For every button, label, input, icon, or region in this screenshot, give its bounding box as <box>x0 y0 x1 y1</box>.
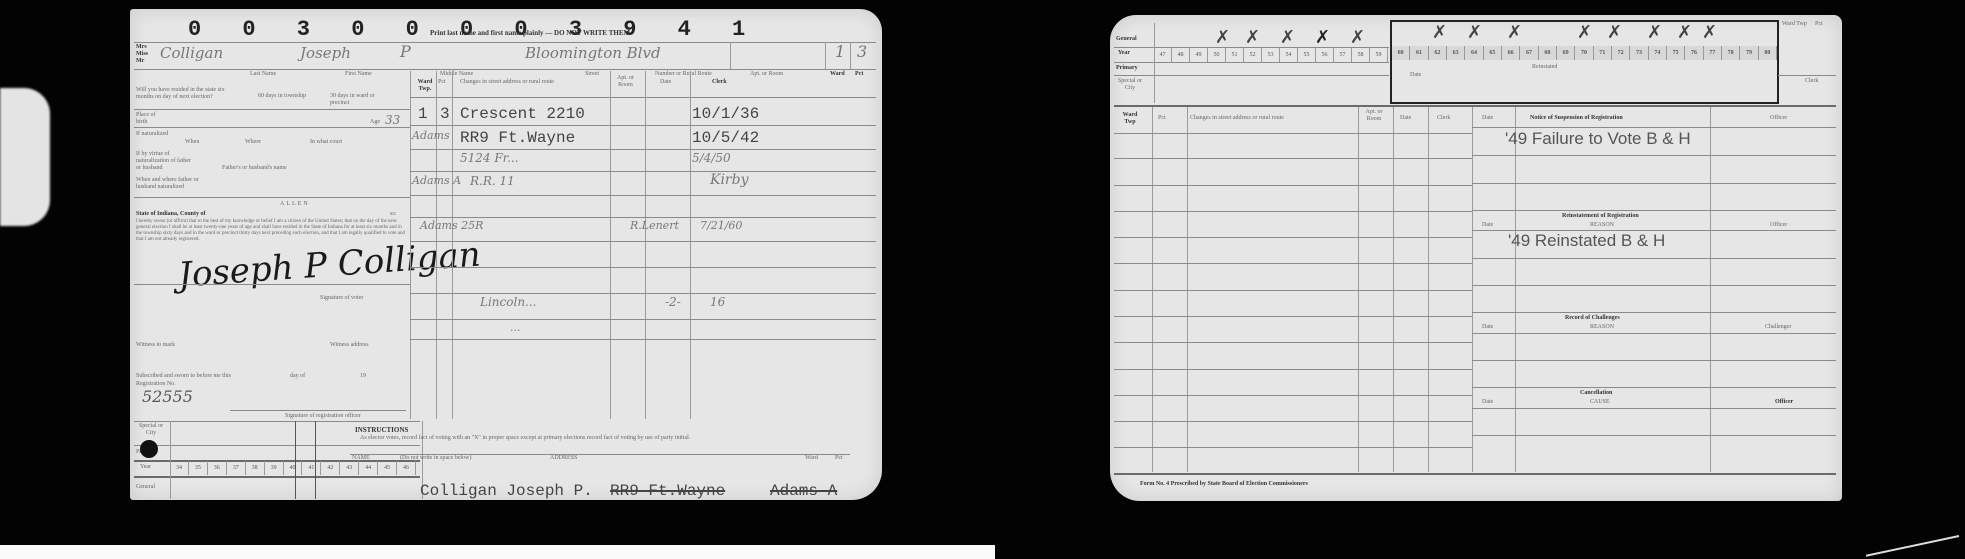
witness-to-mark-label: Witness to mark <box>136 342 175 349</box>
typed-address: RR9 Ft.Wayne <box>610 482 725 500</box>
back-changes-header-clerk: Clerk <box>1437 115 1450 122</box>
reinstatement-entry: '49 Reinstated B & H <box>1508 231 1665 251</box>
changes-header-address: Changes in street address or rural route <box>460 79 554 86</box>
year-row-back-left: 47484950515253545556575859 <box>1154 48 1388 62</box>
vote-x-mark: ✗ <box>1507 22 1522 43</box>
boxed-vote-grid: 6061626364656667686970717273747576777879… <box>1390 20 1779 104</box>
label-apt: Apt. or Room <box>750 71 783 78</box>
row-label-year: Year <box>140 464 151 471</box>
vote-x-mark: ✗ <box>1577 22 1592 43</box>
registration-officer-label: Signature of registration officer <box>285 413 361 420</box>
label-first-name: First Name <box>345 71 372 78</box>
back-row-year: Year <box>1118 50 1130 57</box>
change-row-1-pct: 3 <box>440 105 450 123</box>
typed-name: Colligan Joseph P. <box>420 482 593 500</box>
oath-text: I hereby swear (or affirm) that to the b… <box>136 219 406 243</box>
cancellation-title: Cancellation <box>1580 390 1612 397</box>
suspension-date-label: Date <box>1482 115 1493 122</box>
back-changes-header-apt: Apt. or Room <box>1360 109 1388 123</box>
suspension-entry: '49 Failure to Vote B & H <box>1505 129 1691 149</box>
back-ward-twp-label: Ward Twp <box>1782 21 1807 28</box>
residence-question: Will you have resided in the state six m… <box>136 87 236 101</box>
change-row-9-date: -2- <box>665 295 681 309</box>
suspension-title: Notice of Suspension of Registration <box>1530 115 1623 122</box>
vote-x-mark: ✗ <box>1607 22 1622 43</box>
reinstatement-title: Reinstatement of Registration <box>1562 213 1639 220</box>
back-row-general: General <box>1116 36 1137 43</box>
ward-value: 1 <box>835 42 845 61</box>
label-number: Number or Rural Route <box>655 71 712 78</box>
vote-x-mark: ✗ <box>1215 27 1230 48</box>
salutation-mrs: Mrs <box>136 44 147 51</box>
reinstatement-date-label: Date <box>1482 222 1493 229</box>
form-footer: Form No. 4 Prescribed by State Board of … <box>1140 481 1308 488</box>
change-row-2-address: RR9 Ft.Wayne <box>460 129 575 147</box>
vote-x-mark: ✗ <box>1702 22 1717 43</box>
vote-x-mark: ✗ <box>1647 22 1662 43</box>
change-row-10-address: ... <box>510 321 521 334</box>
change-row-6-date: R.Lenert <box>630 219 679 232</box>
change-row-9-address: Lincoln... <box>480 295 537 309</box>
label-middle-name: Middle Name <box>440 71 473 78</box>
footer-pct-label: Pct <box>835 455 843 462</box>
change-row-4-clerk: Kirby <box>710 172 749 188</box>
change-row-6-clerk: 7/21/60 <box>700 219 742 232</box>
age-label: Age <box>370 119 380 126</box>
cancellation-officer-label: Officer <box>1775 399 1793 406</box>
label-court: In what court <box>310 139 342 146</box>
year-prefix: 19 <box>360 373 366 380</box>
scanner-artifact-blob <box>0 88 50 226</box>
label-ward: Ward <box>830 71 845 78</box>
witness-address-label: Witness address <box>330 342 369 349</box>
reinstatement-officer-label: Officer <box>1770 222 1787 229</box>
label-street: Street <box>585 71 599 78</box>
label-when: When <box>185 139 199 146</box>
challenges-challenger-label: Challenger <box>1765 324 1791 331</box>
change-row-1-date: 10/1/36 <box>692 105 759 123</box>
county-stamp: ALLEN <box>280 201 310 208</box>
when-where-father-label: When and where father or husband natural… <box>136 177 206 191</box>
back-changes-header-address: Changes in street address or rural route <box>1190 115 1284 122</box>
row-label-general: General <box>136 484 155 491</box>
footer-name-label: NAME <box>352 455 370 462</box>
changes-header-apt: Apt. or Room <box>613 75 638 89</box>
change-row-6-address: Adams 25R <box>420 219 483 232</box>
back-pct-label: Pct <box>1815 21 1823 28</box>
scan-edge-strip <box>0 545 995 559</box>
footer-address-label: ADDRESS <box>550 455 577 462</box>
changes-header-date: Date <box>660 79 671 86</box>
challenges-title: Record of Challenges <box>1565 315 1620 322</box>
days-township-label: 60 days in township <box>258 93 308 100</box>
cancellation-cause-label: CAUSE <box>1590 399 1610 406</box>
instructions-title: INSTRUCTIONS <box>355 427 408 434</box>
changes-header-clerk: Clerk <box>712 79 727 86</box>
day-of-label: day of <box>290 373 305 380</box>
challenges-reason-label: REASON <box>1590 324 1614 331</box>
vote-x-mark: ✗ <box>1677 22 1692 43</box>
change-row-3-address: 5124 Fr... <box>460 151 519 165</box>
label-where: Where <box>245 139 261 146</box>
father-husband-label: If by virtue of naturalization of father… <box>136 151 196 172</box>
registration-card-front: 0 0 3 0 0 0 0 3 9 4 1 Print last name an… <box>130 9 882 500</box>
changes-header-pct: Pct <box>438 79 446 86</box>
change-row-2-date: 10/5/42 <box>692 129 759 147</box>
back-changes-header-pct: Pct <box>1158 115 1166 122</box>
registration-number: 52555 <box>142 387 193 406</box>
vote-x-mark: ✗ <box>1245 27 1260 48</box>
typed-township: Adams A <box>770 482 837 500</box>
naturalized-label: If naturalized <box>136 131 176 138</box>
subscribed-text: Subscribed and sworn to before me this <box>136 373 231 380</box>
challenges-date-label: Date <box>1482 324 1493 331</box>
change-row-1-ward: 1 <box>418 105 428 123</box>
year-row-boxed: 6061626364656667686970717273747576777879… <box>1392 46 1777 60</box>
row-label-special: Special or City <box>136 423 166 437</box>
change-row-3-date: 5/4/50 <box>692 151 731 165</box>
salutation-miss: Miss <box>136 51 148 58</box>
back-changes-header-date: Date <box>1400 115 1411 122</box>
salutation-mr: Mr <box>136 58 144 65</box>
reinstatement-reason-label: REASON <box>1590 222 1614 229</box>
change-row-2-ward: Adams <box>412 129 450 142</box>
back-clerk-label: Clerk <box>1805 78 1818 85</box>
handwritten-street: Bloomington Blvd <box>525 44 661 62</box>
vote-x-mark: ✗ <box>1467 22 1482 43</box>
place-of-birth-label: Place of birth <box>136 112 166 126</box>
handwritten-middle-initial: P <box>400 42 411 61</box>
age-value: 33 <box>385 113 400 127</box>
label-pct: Pct <box>855 71 863 78</box>
back-row-primary: Primary <box>1116 65 1138 72</box>
punch-hole <box>140 440 158 458</box>
change-row-4-ward: Adams A <box>412 174 461 187</box>
handwritten-first-name: Joseph <box>300 44 351 62</box>
handwritten-last-name: Colligan <box>160 44 223 62</box>
footer-ward-label: Ward <box>805 455 818 462</box>
change-row-9-clerk: 16 <box>710 295 725 309</box>
instructions-text: As elector votes, record fact of voting … <box>360 435 760 442</box>
back-row-special: Special or City <box>1116 78 1144 92</box>
father-name-label: Father's or husband's name <box>222 165 287 172</box>
oath-header: State of Indiana, County of <box>136 211 206 218</box>
vote-x-mark: ✗ <box>1280 27 1295 48</box>
signature-of-voter-label: Signature of voter <box>320 295 363 302</box>
year-row-left: 34353637383940414243444546 <box>170 461 416 475</box>
cancellation-date-label: Date <box>1482 399 1493 406</box>
pct-value: 3 <box>857 42 867 61</box>
vote-x-mark: ✗ <box>1315 27 1330 48</box>
changes-header-ward: Ward Twp. <box>414 79 436 93</box>
footer-do-not-write: (Do not write in space below) <box>400 455 471 462</box>
print-instruction: Print last name and first name plainly —… <box>430 29 630 37</box>
vote-x-mark: ✗ <box>1432 22 1447 43</box>
registration-card-back: General Year 47484950515253545556575859 … <box>1110 15 1842 501</box>
suspension-officer-label: Officer <box>1770 115 1787 122</box>
oath-ss: ss: <box>390 211 396 218</box>
back-changes-header-ward: Ward Twp <box>1118 112 1142 126</box>
change-row-1-address: Crescent 2210 <box>460 105 585 123</box>
box-date-label: Date <box>1410 72 1421 79</box>
scan-scratch <box>1866 535 1959 557</box>
vote-x-mark: ✗ <box>1350 27 1365 48</box>
days-ward-label: 30 days in ward or precinct <box>330 93 390 107</box>
box-reinstated-label: Reinstated <box>1532 64 1557 71</box>
label-last-name: Last Name <box>250 71 276 78</box>
change-row-4-address: R.R. 11 <box>470 174 515 188</box>
